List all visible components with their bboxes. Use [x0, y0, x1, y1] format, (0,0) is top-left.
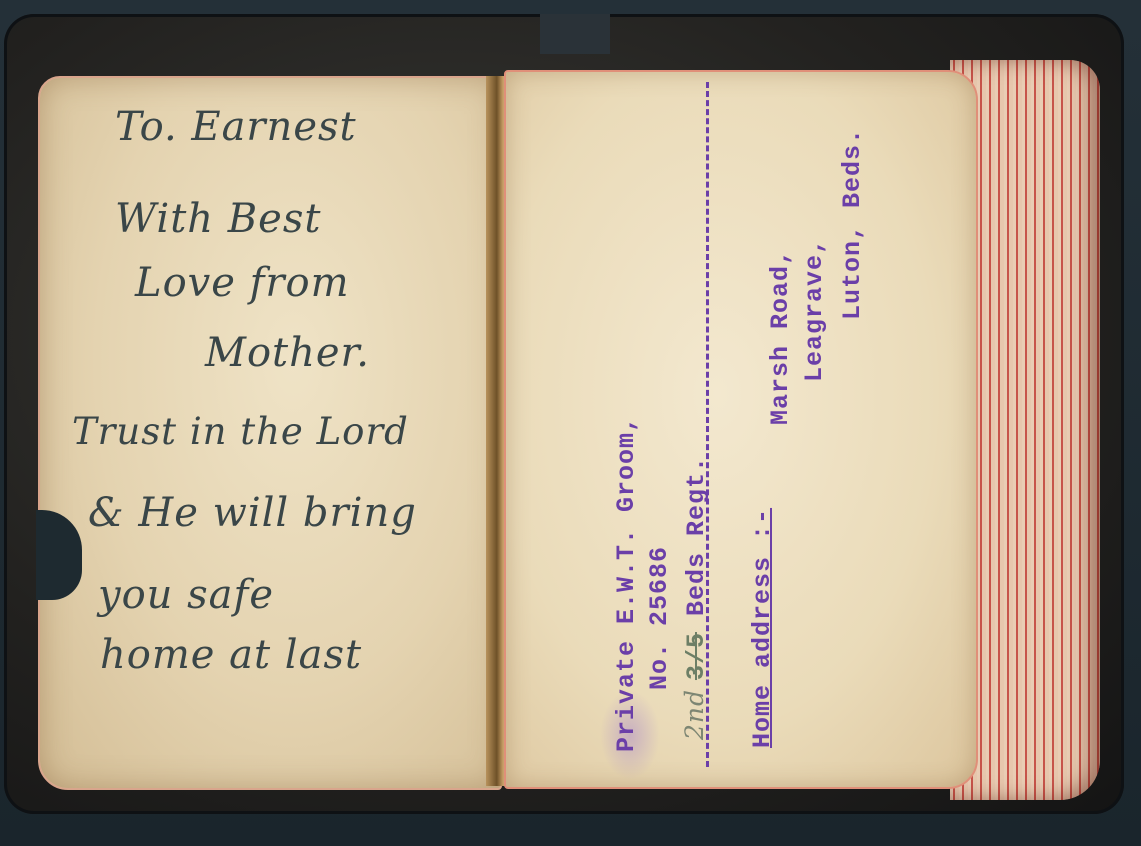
service-number-label: No. [645, 626, 674, 690]
address-line: Leagrave, [800, 238, 829, 382]
inscription-line: Mother. [205, 330, 370, 376]
inscription-line: With Best [115, 196, 321, 242]
address-line: Luton, Beds. [838, 128, 867, 320]
inscription-line: home at last [100, 632, 362, 678]
service-number: No. 25686 [645, 546, 674, 690]
home-address-label: Home address :- [748, 508, 777, 748]
address-line: Marsh Road, [766, 249, 795, 425]
inscription-line: & He will bring [88, 490, 417, 536]
inscription-line: Love from [135, 260, 350, 306]
soldier-name: Private E.W.T. Groom, [612, 416, 641, 752]
inscription-line: Trust in the Lord [72, 410, 409, 453]
inscription-line: To. Earnest [115, 104, 357, 150]
service-number-value: 25686 [645, 546, 674, 626]
right-page [504, 70, 978, 789]
inscription-line: you safe [98, 572, 274, 618]
pencil-annotation: 2nd [680, 680, 709, 740]
cover-gap [540, 14, 610, 54]
dashed-divider [706, 82, 709, 767]
